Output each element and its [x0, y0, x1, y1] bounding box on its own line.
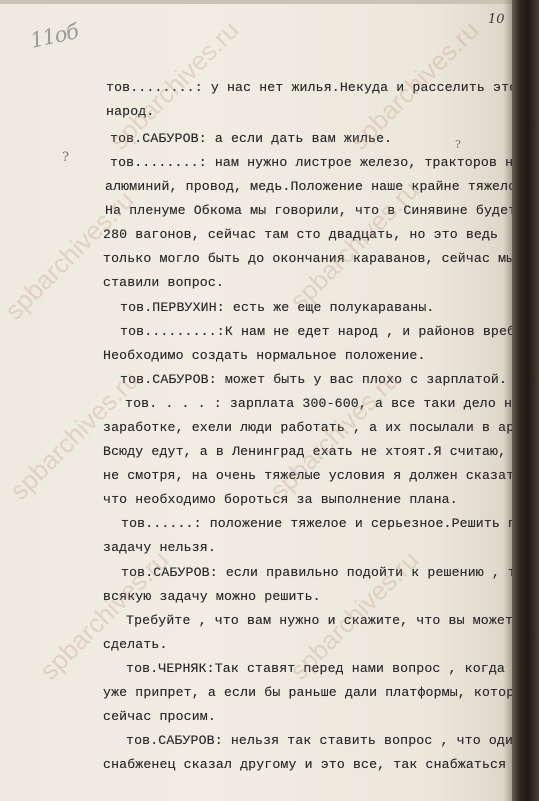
text-line: тов.ПЕРВУХИН: есть же еще полукараваны.	[120, 300, 435, 315]
text-line: народ.	[106, 104, 154, 119]
text-line: только могло быть до окончания караванов…	[103, 251, 512, 266]
archive-sheet-number: 11об	[28, 19, 80, 52]
document-page: 11об 10 ? ? тов........: у нас нет жилья…	[0, 0, 512, 801]
text-line: тов.САБУРОВ: нельзя так ставить вопрос ,…	[126, 733, 512, 748]
text-line: тов.САБУРОВ: а если дать вам жилье.	[110, 131, 392, 146]
watermark: spbarchives.ru	[284, 175, 425, 316]
text-line: тов.САБУРОВ: если правильно подойти к ре…	[121, 565, 512, 580]
text-line: 280 вагонов, сейчас там сто двадцать, но…	[103, 227, 498, 242]
text-line: не смотря, на очень тяжелые условия я до…	[103, 468, 512, 483]
text-line: всякую задачу можно решить.	[103, 589, 321, 604]
text-line: тов.САБУРОВ: может быть у вас плохо с за…	[120, 372, 507, 387]
text-line: Требуйте , что вам нужно и скажите, что …	[126, 613, 512, 628]
text-line: Всюду едут, а в Ленинград ехать не хтоят…	[103, 444, 512, 459]
text-line: Необходимо создать нормальное положение.	[103, 348, 426, 363]
margin-question-mark-top: ?	[455, 138, 461, 151]
text-line: сделать.	[103, 637, 168, 652]
text-line: тов. . . . : зарплата 300-600, а все так…	[125, 396, 512, 411]
book-binding	[512, 0, 539, 801]
text-line: тов......: положение тяжелое и серьезное…	[121, 516, 512, 531]
text-line: тов.........:К нам не едет народ , и рай…	[120, 324, 512, 339]
text-line: ставили вопрос.	[103, 275, 224, 290]
text-line: что необходимо бороться за выполнение пл…	[103, 492, 458, 507]
page-shadow	[503, 0, 512, 801]
text-line: тов.ЧЕРНЯК:Так ставят перед нами вопрос …	[126, 661, 505, 676]
text-line: тов........: у нас нет жилья.Некуда и ра…	[106, 80, 512, 95]
margin-question-mark: ?	[62, 150, 69, 165]
text-line: уже припрет, а если бы раньше дали платф…	[103, 685, 512, 700]
text-line: снабженец сказал другому и это все, так …	[103, 757, 512, 772]
text-line: сейчас просим.	[103, 709, 216, 724]
text-line: заработке, ехели люди работать , а их по…	[103, 420, 512, 435]
text-line: алюминий, провод, медь.Положение наше кр…	[105, 179, 512, 194]
text-line: тов........: нам нужно листрое железо, т…	[110, 155, 512, 170]
text-line: задачу нельзя.	[103, 540, 216, 555]
scan-top-edge	[0, 0, 512, 4]
text-line: На пленуме Обкома мы говорили, что в Син…	[105, 203, 512, 218]
